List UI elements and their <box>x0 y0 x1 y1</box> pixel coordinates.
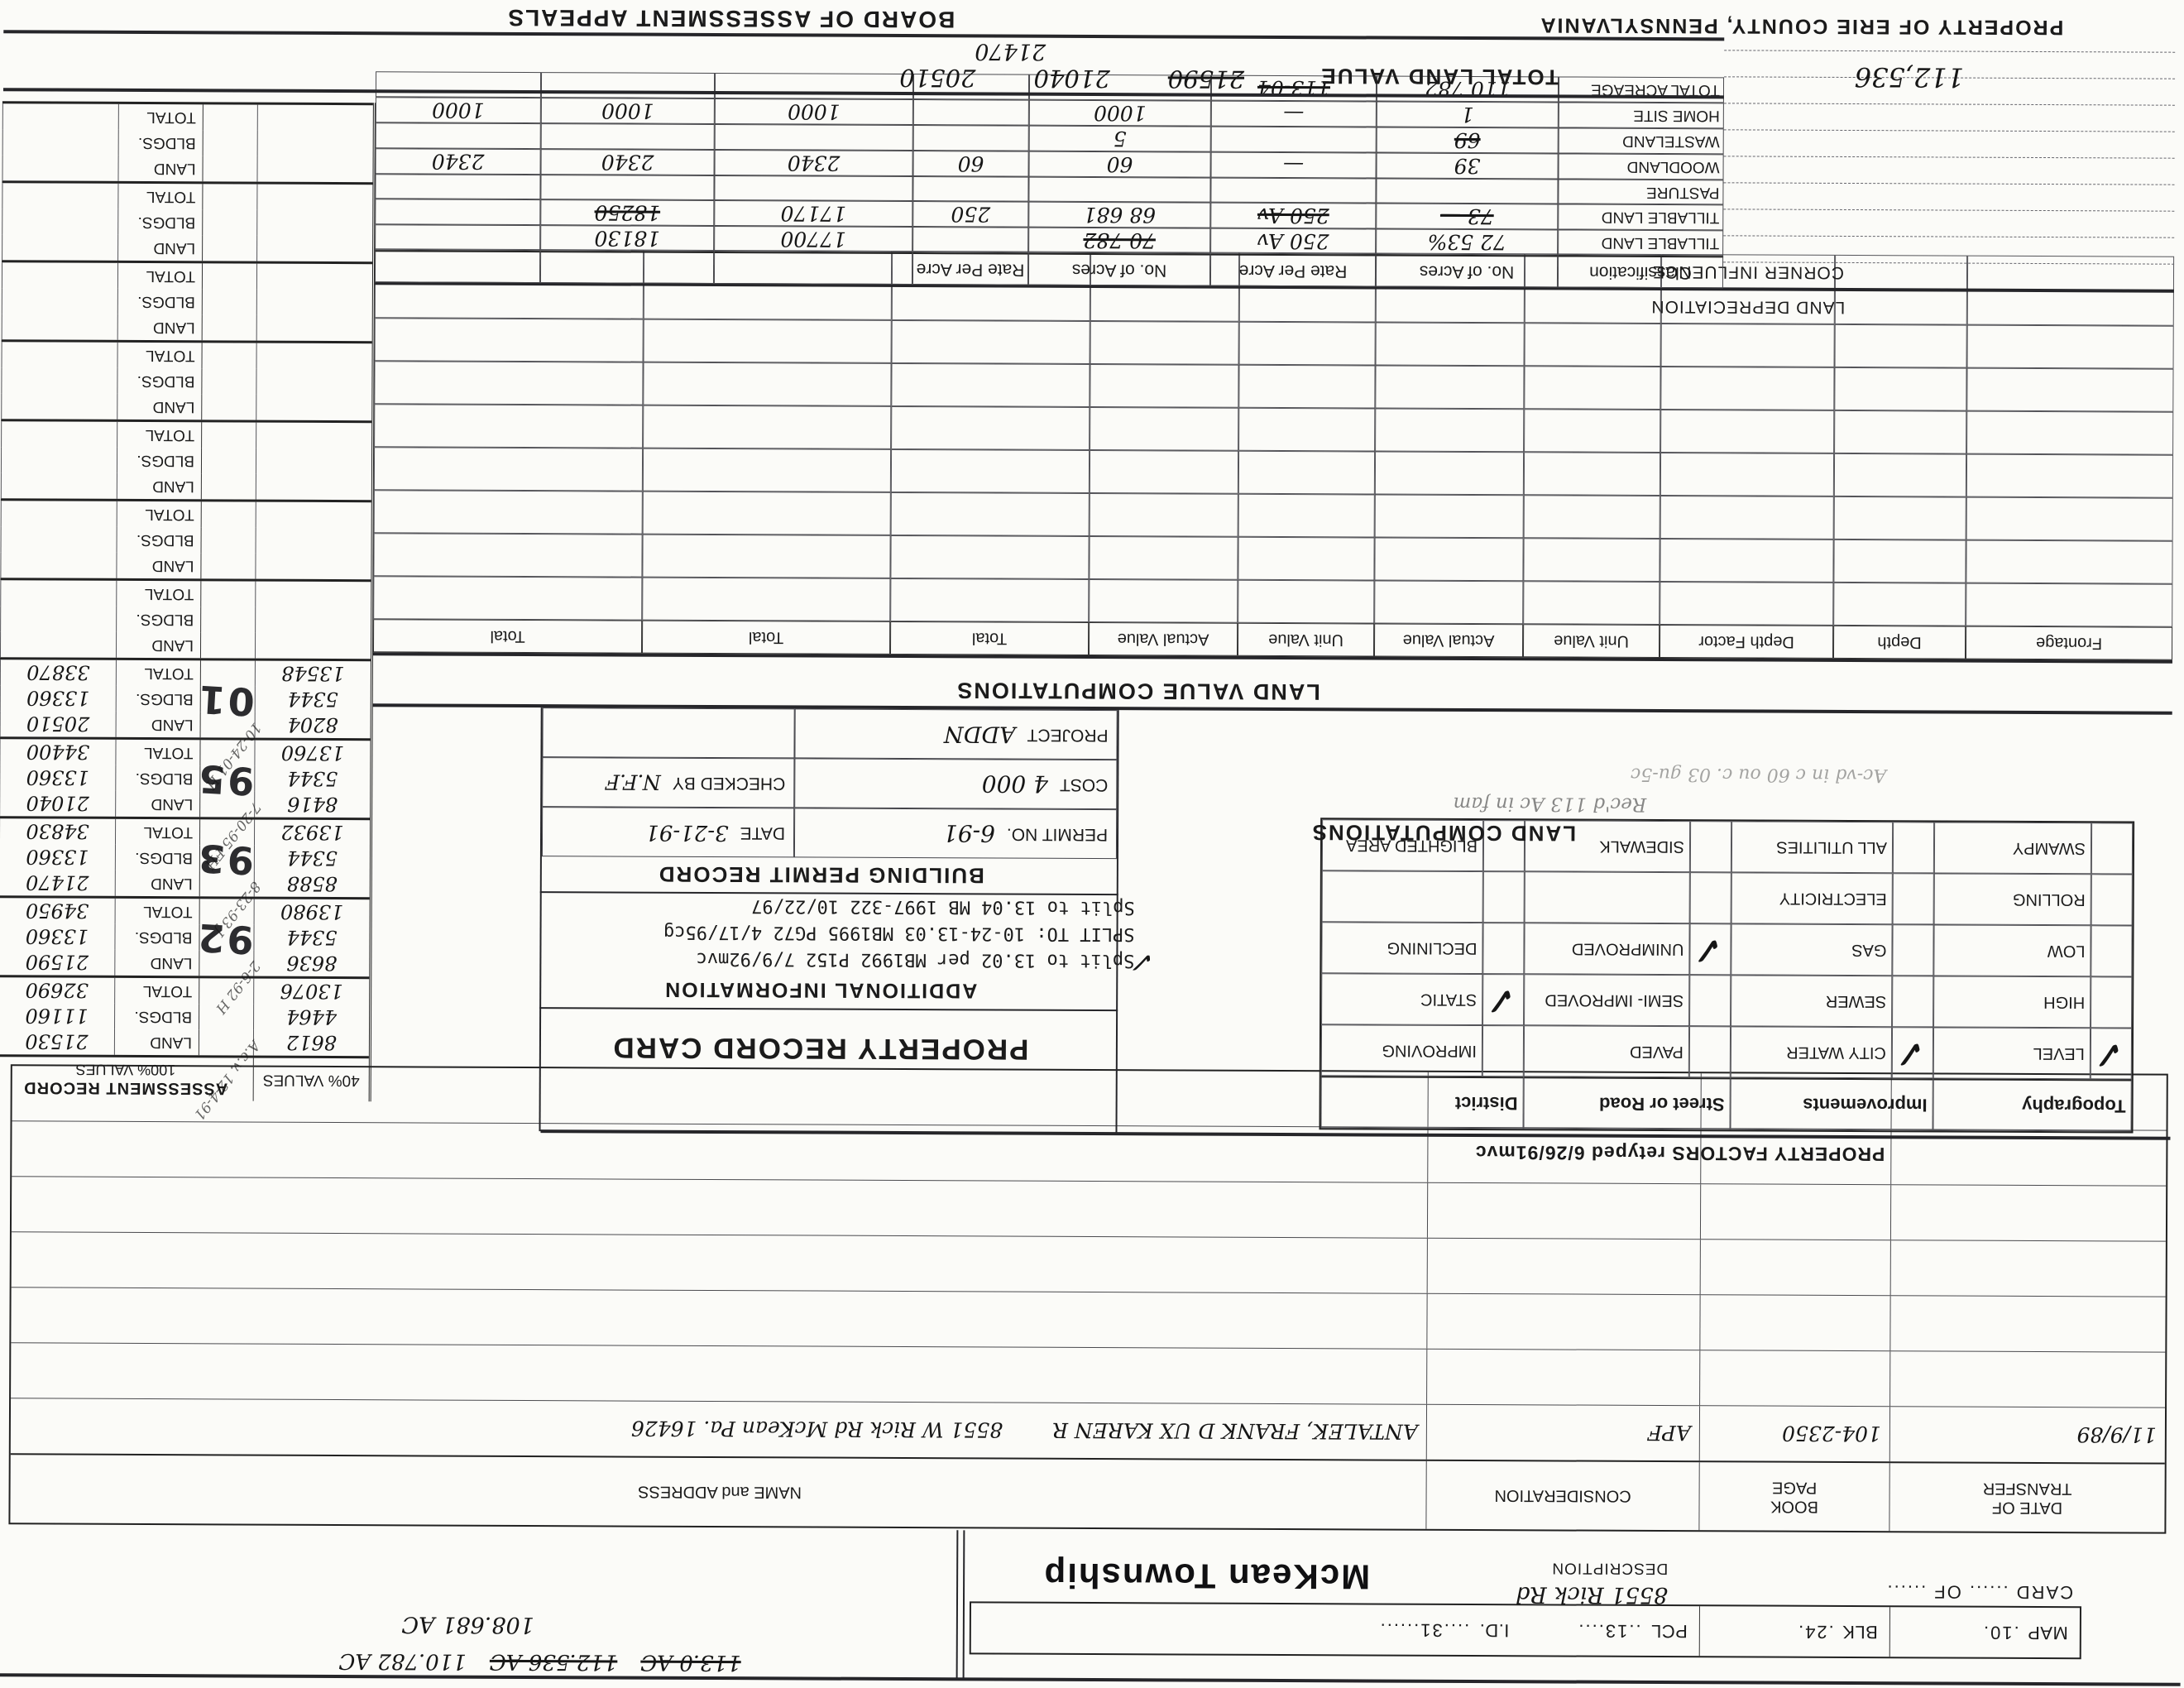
classification-value-cell <box>714 175 912 201</box>
assessment-group: LANDBLDGS.TOTAL <box>1 419 371 500</box>
classification-value-cell <box>913 125 1029 151</box>
classification-value-cell: 1000 <box>376 97 541 123</box>
transfer-name-cell: ANTALEK, FRANK D UX KAREN R8551 W Rick R… <box>14 1398 1427 1459</box>
lvc-blank-cell <box>374 447 643 491</box>
factor-checkbox <box>1482 923 1524 974</box>
transfer-header-line: TRANSFER <box>1983 1479 2072 1498</box>
assessment-40-value <box>255 554 371 580</box>
lvc-row-cell <box>644 285 892 320</box>
assessment-100-value: 34830 <box>0 818 115 845</box>
assessment-100-value <box>2 234 117 261</box>
assessment-note-cell <box>201 632 255 658</box>
assessment-40-value: 8416 <box>254 792 370 818</box>
description-block: 8551 Rick Rd DESCRIPTION <box>1395 1558 1668 1608</box>
factor-label: LEVEL <box>1933 1027 2091 1079</box>
additional-info-line: SPLIT TO: 10-24-13.03 MB1995 PG72 4/17/9… <box>456 918 1134 947</box>
lvc-blank-cell <box>373 533 642 577</box>
lvc-blank-cell <box>1238 408 1375 452</box>
assessment-100-value <box>2 183 117 209</box>
classification-value-cell: 18250 <box>540 199 714 226</box>
lvc-blank-cell <box>374 361 643 405</box>
classification-value-cell: 39 <box>1377 152 1559 179</box>
assessment-note-cell <box>203 184 256 209</box>
lvc-blank-cell <box>1238 494 1375 538</box>
factors-title: PROPERTY FACTORS retyped 6/26/91mvc <box>1475 1141 1885 1165</box>
lvc-blank-cell <box>1524 495 1660 539</box>
assessment-row-label: BLDGS. <box>117 527 202 553</box>
assessment-group: 8588LAND214705344BLDGS.1336013932TOTAL34… <box>0 816 370 897</box>
assessment-row-label: BLDGS. <box>114 924 199 950</box>
lvc-blank-cell <box>1660 496 1834 539</box>
township-stamp: McKean Township <box>1042 1556 1370 1597</box>
tlv-values: 215902104020510 <box>899 64 1244 94</box>
classification-value-cell <box>1211 127 1377 153</box>
assessment-row-label: TOTAL <box>117 263 203 289</box>
lvc-blank-cell <box>1090 364 1238 408</box>
assessment-row-label: TOTAL <box>115 819 200 845</box>
assessment-100-value <box>2 129 118 156</box>
assessment-row-label: LAND <box>116 712 201 737</box>
permit-project-label: PROJECT <box>1027 725 1109 745</box>
assessment-row-label: TOTAL <box>117 501 202 527</box>
lvc-blank-cell <box>1089 536 1238 580</box>
permit-date-label: DATE <box>740 822 786 842</box>
classification-header-cell: Rate Per Acre <box>1210 254 1376 287</box>
permit-cost-value: 4 000 <box>982 770 1048 798</box>
lvc-table: FrontageDepthDepth FactorUnit ValueActua… <box>373 248 2174 659</box>
lvc-blank-cell <box>1375 365 1524 409</box>
classification-value-cell: 72 53% <box>1376 228 1558 255</box>
lvc-blank-cell <box>1523 538 1660 582</box>
assessment-100-value: 11160 <box>0 1003 114 1029</box>
assessment-40-value <box>255 633 371 659</box>
dash-row <box>1723 156 2174 184</box>
lvc-blank-cell <box>1090 450 1238 494</box>
lvc-header-cell: Unit Value <box>1238 623 1374 657</box>
factor-checkbox <box>1482 1025 1524 1077</box>
assessment-40-value: 5344 <box>255 687 371 713</box>
transfer-cell: 104-2350 <box>1700 1406 1890 1461</box>
lvc-blank-cell <box>1660 539 1833 583</box>
lvc-header-cell: Depth <box>1833 626 1966 659</box>
lvc-blank-cell <box>1833 539 1966 583</box>
assessment-100-header: 100% VALUES <box>75 1061 175 1079</box>
lvc-blank-cell <box>1660 453 1834 496</box>
assessment-row-label: LAND <box>117 156 203 181</box>
lvc-header-cell: Total <box>890 621 1089 655</box>
transfer-cell: APF <box>1427 1405 1700 1460</box>
classification-row-label: PASTURE <box>1558 179 1723 204</box>
assessment-row-label: BLDGS. <box>117 209 203 235</box>
factor-label: CITY WATER <box>1731 1026 1892 1078</box>
tlv-value: 20510 <box>899 64 975 92</box>
transfer-header-cell: DATE OFTRANSFER <box>1889 1463 2164 1532</box>
additional-info-title: ADDITIONAL INFORMATION <box>541 976 1099 1003</box>
lvc-blank-cell <box>1834 496 1966 540</box>
assessment-100-value: 21470 <box>0 870 115 896</box>
assessment-40-value <box>256 474 371 501</box>
lvc-blank-cell <box>374 404 643 448</box>
assessment-row-label: LAND <box>114 1029 199 1055</box>
assessment-row-label: BLDGS. <box>116 607 201 632</box>
permit-project-value: ADDN <box>944 722 1016 747</box>
factor-label <box>1525 871 1690 923</box>
assessment-note-cell <box>203 314 256 340</box>
lvc-blank-cell <box>890 535 1089 579</box>
assessment-40-value <box>256 315 372 342</box>
lvc-blank-cell <box>1089 579 1238 623</box>
classification-value-cell: 2340 <box>715 150 913 176</box>
lvc-blank-cell <box>1966 540 2172 584</box>
classification-value-cell: 18130 <box>540 225 714 252</box>
map-value: .10. <box>1982 1622 2019 1643</box>
assessment-40-value <box>256 290 372 316</box>
lvc-blank-cell <box>1375 451 1524 495</box>
assessment-100-value <box>1 342 117 368</box>
lvc-blank-cell <box>1833 583 1966 626</box>
classification-header-cell <box>714 252 912 285</box>
assessment-note-cell <box>202 368 256 394</box>
factor-label: DECLINING <box>1321 922 1482 974</box>
assessment-row-label: BLDGS. <box>114 1004 199 1029</box>
acreage-new: 110.782 AC <box>338 1648 467 1674</box>
factor-checkbox <box>2091 925 2132 976</box>
classification-value-cell: 60 <box>913 151 1029 177</box>
lvc-row-cell <box>375 283 644 319</box>
blk-label: BLK <box>1842 1621 1878 1642</box>
assessment-40-value <box>257 131 373 157</box>
classification-value-cell: 2340 <box>376 148 541 175</box>
assessment-group: 8416LAND210405344BLDGS.1336013760TOTAL34… <box>0 736 371 818</box>
assessment-100-value: 33870 <box>0 659 116 686</box>
factors-column-header-improvements: Improvements <box>1731 1077 1933 1130</box>
transfer-header-cell: BOOKPAGE <box>1699 1462 1889 1531</box>
lvc-blank-cell <box>1966 583 2172 627</box>
total-land-value-amount: 112,536 <box>1855 61 1964 94</box>
footer-right-title: BOARD OF ASSESSMENT APPEALS <box>506 4 955 32</box>
factor-checkbox <box>1892 924 1933 976</box>
factor-label <box>1322 870 1483 923</box>
assessment-100-value <box>1 447 117 473</box>
transfer-cell <box>1890 1351 2165 1407</box>
check-icon: ✓ <box>1694 931 1727 968</box>
classification-value-cell: 1000 <box>715 98 913 125</box>
factor-checkbox: ✓ <box>1892 1027 1933 1078</box>
classification-row-label: HOME SITE <box>1559 102 1724 128</box>
header-divider-2 <box>956 1530 959 1679</box>
factor-label: SEWER <box>1731 975 1892 1027</box>
classification-value-cell <box>715 124 913 151</box>
id-label: I.D. <box>1479 1619 1509 1641</box>
transfer-cell <box>1427 1350 1700 1405</box>
transfer-header-line: CONSIDERATION <box>1494 1486 1631 1506</box>
assessment-group: LANDBLDGS.TOTAL <box>2 101 372 182</box>
land-computations-note1: Rec'd 113 Ac in fam <box>1453 793 1646 815</box>
acreage-old2: 112.536 AC <box>490 1649 618 1675</box>
transfer-name-cell <box>14 1288 1427 1348</box>
factors-column-header-street-or-road: Street or Road <box>1524 1077 1731 1129</box>
assessment-note-cell <box>203 209 256 235</box>
lvc-blank-cell <box>643 405 891 449</box>
lvc-blank-cell <box>1238 365 1375 409</box>
classification-header-cell <box>375 250 540 283</box>
land-computations-title: LAND COMPUTATIONS <box>1311 819 1577 846</box>
assessment-40-value <box>256 156 372 183</box>
lvc-blank-cell <box>1374 580 1523 624</box>
assessment-row-label: LAND <box>115 791 200 817</box>
lvc-blank-cell <box>642 578 890 621</box>
factor-label: SWAMPY <box>1934 822 2091 874</box>
classification-value-cell: 250 Av <box>1210 228 1376 255</box>
factor-label: ALL UTILITIES <box>1731 821 1893 873</box>
map-cell: MAP .10. <box>1889 1607 2080 1657</box>
lvc-blank-cell <box>1524 409 1660 453</box>
lvc-blank-cell <box>891 406 1090 450</box>
classification-header-cell: Rate Per Acre <box>912 252 1028 285</box>
classification-value-cell: 1000 <box>541 98 715 124</box>
assessment-40-value: 13548 <box>255 661 371 688</box>
assessment-group: LANDBLDGS.TOTAL <box>2 260 372 341</box>
classification-value-cell: 68 681 <box>1028 202 1210 228</box>
classification-value-cell <box>376 122 541 149</box>
assessment-row-label: TOTAL <box>114 978 199 1004</box>
factor-checkbox: ✓ <box>2091 1028 2132 1079</box>
classification-header-cell: No. of Acres <box>1028 253 1210 286</box>
classification-table: ClassificationNo. of AcresRate Per AcreN… <box>375 71 1724 288</box>
permit-project-cell: PROJECT ADDN <box>794 708 1117 760</box>
classification-value-cell: 17170 <box>714 200 912 227</box>
check-icon: ✓ <box>1487 981 1520 1019</box>
assessment-40-value <box>256 185 372 211</box>
transfer-cell <box>1701 1240 1891 1295</box>
assessment-note-cell <box>201 581 255 607</box>
assessment-group: 8612LAND215304464BLDGS.1116013076TOTAL32… <box>0 975 369 1056</box>
factor-label: GAS <box>1731 923 1892 976</box>
scanned-document-viewport: MAP .10. BLK .24. PCL ..13.... I.D. ....… <box>0 0 2184 1688</box>
permit-no-value: 6-91 <box>943 820 995 847</box>
classification-row-label: TOTAL ACREAGE <box>1559 76 1724 103</box>
factor-checkbox: ✓ <box>1482 974 1524 1025</box>
lvc-blank-cell <box>1834 453 1966 497</box>
lvc-blank-cell <box>891 492 1090 536</box>
dash-row <box>1723 209 2174 237</box>
lvc-blank-cell <box>642 535 890 578</box>
classification-value-cell <box>1376 178 1558 204</box>
lvc-blank-cell <box>643 492 891 535</box>
permit-table: PERMIT NO. 6-91 DATE 3-21-91 COST 4 000 … <box>542 707 1118 859</box>
assessment-record-header: ASSESSMENT RECORD <box>23 1077 227 1097</box>
card-content: MAP .10. BLK .24. PCL ..13.... I.D. ....… <box>0 0 2184 1688</box>
lvc-blank-cell <box>1835 324 1967 368</box>
assessment-40-value <box>256 448 371 475</box>
permit-checked-cell: CHECKED BY N.F.F <box>542 757 794 808</box>
lvc-blank-cell <box>1090 493 1238 537</box>
assessment-note-cell <box>203 156 256 181</box>
assessment-row-label: BLDGS. <box>115 765 200 791</box>
acreage-current: 108.681 AC <box>401 1611 534 1638</box>
lvc-blank-cell <box>374 490 643 534</box>
lvc-blank-cell <box>1966 368 2173 412</box>
assessment-100-value <box>1 393 117 420</box>
factor-label: ROLLING <box>1934 873 2091 925</box>
assessment-100-value <box>2 155 117 181</box>
classification-value-cell <box>912 176 1028 202</box>
description-value: 8551 Rick Rd <box>1395 1581 1668 1608</box>
factors-column-header-topography: Topography <box>1933 1078 2131 1131</box>
assessment-note-cell <box>201 607 255 632</box>
transfer-row <box>12 1177 2166 1241</box>
map-label: MAP <box>2028 1622 2068 1643</box>
footer-left-title: PROPERTY OF ERIE COUNTY, PENNSYLVANIA <box>1539 12 2063 39</box>
classification-value-cell: — <box>1211 101 1377 127</box>
check-icon: ✓ <box>1896 1034 1929 1072</box>
assessment-group: 8204LAND205105344BLDGS.1336013548TOTAL33… <box>0 657 371 738</box>
classification-row-label: TILLABLE LAND <box>1558 229 1723 256</box>
pcl-label: PCL <box>1651 1620 1688 1642</box>
factor-checkbox: ✓ <box>1689 923 1731 975</box>
assessment-40-value <box>256 528 371 554</box>
additional-info-line: Split to 13.02 per MB1992 P152 7/9/92mvc <box>456 944 1134 973</box>
lvc-row-cell <box>1835 290 1967 325</box>
pcl-value: ..13.... <box>1577 1620 1640 1642</box>
assessment-row-label: TOTAL <box>117 422 202 448</box>
factor-label: ELECTRICITY <box>1731 872 1893 924</box>
assessment-100-value <box>2 288 117 314</box>
lvc-blank-cell <box>643 448 891 492</box>
info-checkmark: ✓ <box>1133 945 1157 978</box>
classification-value-cell: 60 <box>1029 151 1211 178</box>
transfer-row <box>12 1232 2166 1297</box>
assessment-row-label: TOTAL <box>116 660 201 686</box>
assessment-40-value <box>256 369 371 396</box>
lvc-blank-cell <box>1374 537 1523 581</box>
transfer-cell <box>1701 1184 1891 1240</box>
factor-checkbox <box>2091 874 2133 925</box>
assessment-note-cell <box>203 235 256 261</box>
transfer-header-cell: CONSIDERATION <box>1426 1461 1699 1530</box>
lvc-header-cell: Actual Value <box>1089 622 1238 656</box>
permit-cost-cell: COST 4 000 <box>794 758 1117 809</box>
assessment-row-label: LAND <box>117 473 202 499</box>
acreage-old1: 113.0 AC <box>640 1650 741 1676</box>
tlv-below-value: 21470 <box>975 38 1046 64</box>
transfer-row: 11/9/89104-2350APFANTALEK, FRANK D UX KA… <box>11 1398 2165 1462</box>
assessment-100-value: 13360 <box>0 923 115 950</box>
classification-value-cell <box>375 199 540 225</box>
lvc-blank-cell <box>1966 454 2173 498</box>
pcl-id-cell: PCL ..13.... I.D. ....31...... <box>971 1603 1699 1656</box>
assessment-100-value: 13360 <box>0 765 115 791</box>
assessment-100-value: 21530 <box>0 1029 114 1055</box>
assessment-row-label: LAND <box>117 235 203 261</box>
lvc-blank-cell <box>890 578 1089 622</box>
assessment-row-label: BLDGS. <box>117 368 202 394</box>
factor-checkbox <box>1893 822 1934 873</box>
assessment-100-value: 20510 <box>0 711 116 737</box>
factor-label: HIGH <box>1933 976 2091 1028</box>
transfer-header-cell: NAME and ADDRESS <box>13 1455 1426 1528</box>
assessment-row-label: BLDGS. <box>117 289 203 314</box>
lvc-blank-cell <box>1375 494 1524 538</box>
lvc-blank-cell <box>1834 367 1966 411</box>
classification-value-cell: 17700 <box>714 226 912 252</box>
permit-date-cell: DATE 3-21-91 <box>542 807 794 857</box>
assessment-100-value <box>2 103 118 130</box>
assessment-100-value <box>1 421 117 448</box>
assessment-note-cell <box>202 473 256 499</box>
assessment-note-cell <box>203 263 256 289</box>
assessment-note-cell <box>202 394 256 420</box>
parcel-id-row: MAP .10. BLK .24. PCL ..13.... I.D. ....… <box>970 1601 2081 1659</box>
rotated-scan-wrapper: MAP .10. BLK .24. PCL ..13.... I.D. ....… <box>0 0 2184 1688</box>
center-rule-1 <box>539 1007 1118 1011</box>
classification-value-cell <box>376 71 541 98</box>
assessment-100-value <box>0 552 116 578</box>
lvc-blank-cell <box>1238 451 1375 495</box>
assessment-row-label: TOTAL <box>115 740 200 765</box>
assessment-row-label: TOTAL <box>118 104 204 130</box>
assessment-100-value <box>1 472 117 499</box>
assessment-note-cell <box>204 104 257 130</box>
additional-info-lines: Split to 13.02 per MB1992 P152 7/9/92mvc… <box>456 891 1134 973</box>
assessment-row-label: TOTAL <box>117 343 202 368</box>
assessment-40-header: 40% VALUES <box>253 1058 369 1102</box>
assessment-100-value: 32690 <box>0 977 114 1004</box>
assessment-row-label: BLDGS. <box>116 686 201 712</box>
permit-no-cell: PERMIT NO. 6-91 <box>794 808 1117 859</box>
assessment-100-value <box>2 262 117 289</box>
permit-date-value: 3-21-91 <box>645 820 728 845</box>
lvc-blank-cell <box>1660 582 1833 626</box>
lvc-blank-cell <box>1238 580 1374 624</box>
assessment-100-value: 21590 <box>0 949 114 976</box>
classification-value-cell: 1000 <box>1029 100 1211 127</box>
top-rule <box>0 1673 2181 1686</box>
assessment-100-value: 34400 <box>0 739 116 765</box>
assessment-40-value <box>255 582 371 608</box>
transfer-cell <box>1700 1350 1890 1406</box>
assessment-group: LANDBLDGS.TOTAL <box>1 339 371 420</box>
transfer-header-row: DATE OFTRANSFERBOOKPAGECONSIDERATIONNAME… <box>10 1453 2164 1532</box>
assessment-row-label: BLDGS. <box>115 845 200 870</box>
lvc-blank-cell <box>1090 407 1238 451</box>
factor-label: PAVED <box>1524 1025 1689 1077</box>
lvc-blank-cell <box>643 362 891 406</box>
land-computations-note2: Ac-vd in c 60 ou c. 03 gu-5c <box>1631 764 1886 785</box>
classification-value-cell <box>375 174 540 199</box>
assessment-note-cell <box>202 343 256 368</box>
check-icon: ✓ <box>2095 1035 2128 1072</box>
lvc-header-cell: Depth Factor <box>1660 625 1833 659</box>
factor-checkbox <box>2091 976 2132 1028</box>
lvc-row-cell <box>1967 290 2174 326</box>
total-land-value-label: TOTAL LAND VALUE <box>1319 63 1559 89</box>
assessment-row-label: BLDGS. <box>117 448 202 473</box>
factor-checkbox <box>2091 822 2133 874</box>
assessment-40-value: 8204 <box>255 712 371 739</box>
permit-title: BUILDING PERMIT RECORD <box>542 861 1100 889</box>
factor-checkbox <box>1892 976 1933 1027</box>
transfer-header-line: DATE OF <box>1992 1498 2062 1517</box>
year-stamp: 01 <box>195 676 256 724</box>
assessment-100-value <box>1 367 117 394</box>
permit-checked-label: CHECKED BY <box>673 773 786 794</box>
classification-row-label: TILLABLE LAND <box>1558 204 1723 230</box>
classification-header-cell <box>540 251 714 284</box>
assessment-40-value <box>256 423 371 449</box>
permit-empty-cell <box>542 707 794 758</box>
property-record-card: MAP .10. BLK .24. PCL ..13.... I.D. ....… <box>0 0 2184 1688</box>
